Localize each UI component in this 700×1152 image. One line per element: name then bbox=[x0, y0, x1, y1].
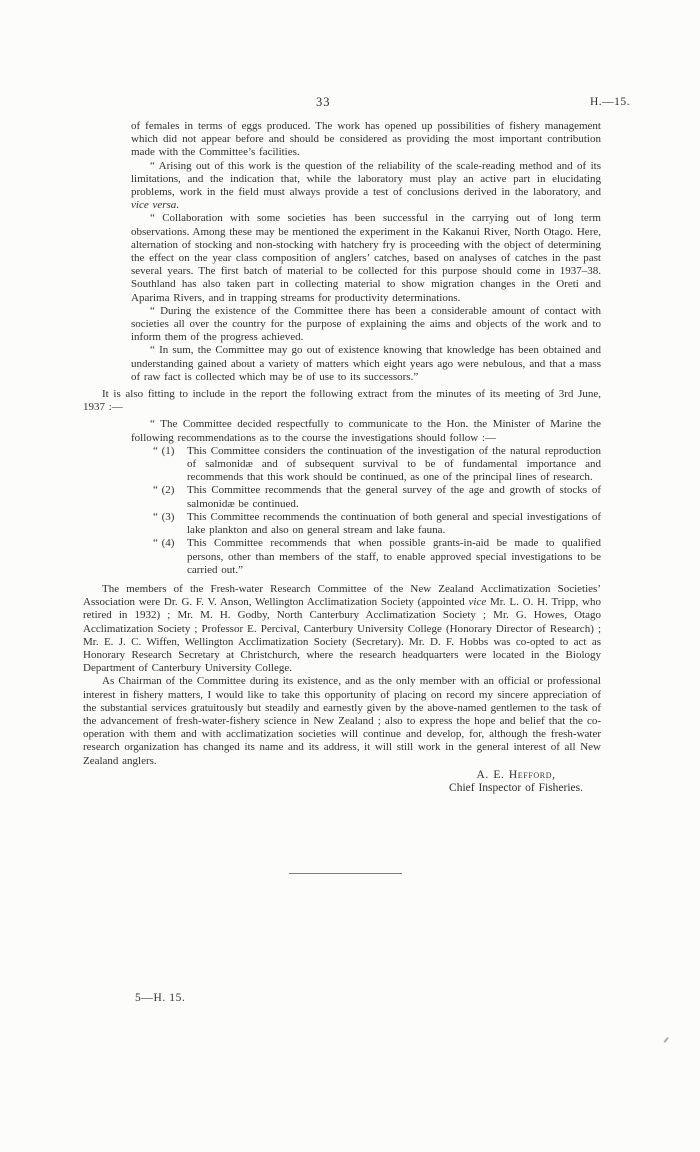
page-footer-imprint: 5—H. 15. bbox=[135, 992, 185, 1004]
paragraph-committee-members: The members of the Fresh-water Research … bbox=[83, 583, 601, 675]
recommendation-text: This Committee recommends the continuati… bbox=[187, 511, 601, 536]
recommendation-item-1: “ (1) This Committee considers the conti… bbox=[187, 445, 601, 485]
recommendation-text: This Committee recommends that the gener… bbox=[187, 484, 601, 509]
recommendation-item-4: “ (4) This Committee recommends that whe… bbox=[187, 537, 601, 577]
document-page: 33 H.—15. of females in terms of eggs pr… bbox=[0, 0, 700, 1152]
paragraph-arising: “ Arising out of this work is the questi… bbox=[131, 160, 601, 213]
paragraph-in-sum: “ In sum, the Committee may go out of ex… bbox=[131, 344, 601, 384]
doc-reference: H.—15. bbox=[590, 96, 630, 108]
page-number: 33 bbox=[316, 95, 331, 110]
recommendation-item-2: “ (2) This Committee recommends that the… bbox=[187, 484, 601, 510]
recommendation-label: “ (4) bbox=[153, 537, 174, 550]
paragraph-continuation: of females in terms of eggs produced. Th… bbox=[131, 120, 601, 160]
signatory-name: A. E. Hefford, bbox=[449, 769, 583, 782]
paragraph-committee-decided: “ The Committee decided respectfully to … bbox=[131, 418, 601, 444]
paragraph-during-existence: “ During the existence of the Committee … bbox=[131, 305, 601, 345]
paragraph-fitting-to-include: It is also fitting to include in the rep… bbox=[83, 388, 601, 414]
recommendation-label: “ (2) bbox=[153, 484, 174, 497]
recommendation-text: This Committee considers the continuatio… bbox=[187, 445, 601, 483]
report-body: of females in terms of eggs produced. Th… bbox=[83, 120, 601, 795]
signatory-title: Chief Inspector of Fisheries. bbox=[449, 782, 583, 795]
recommendation-text: This Committee recommends that when poss… bbox=[187, 537, 601, 575]
page-header: 33 H.—15. bbox=[0, 95, 700, 111]
recommendation-label: “ (3) bbox=[153, 511, 174, 524]
scan-artifact bbox=[663, 1037, 668, 1043]
paragraph-chairman-remarks: As Chairman of the Committee during its … bbox=[83, 675, 601, 767]
signature-block: A. E. Hefford, Chief Inspector of Fisher… bbox=[449, 769, 583, 795]
paragraph-collaboration: “ Collaboration with some societies has … bbox=[131, 212, 601, 304]
recommendation-item-3: “ (3) This Committee recommends the cont… bbox=[187, 511, 601, 537]
recommendation-label: “ (1) bbox=[153, 445, 174, 458]
section-divider-rule bbox=[289, 873, 402, 874]
